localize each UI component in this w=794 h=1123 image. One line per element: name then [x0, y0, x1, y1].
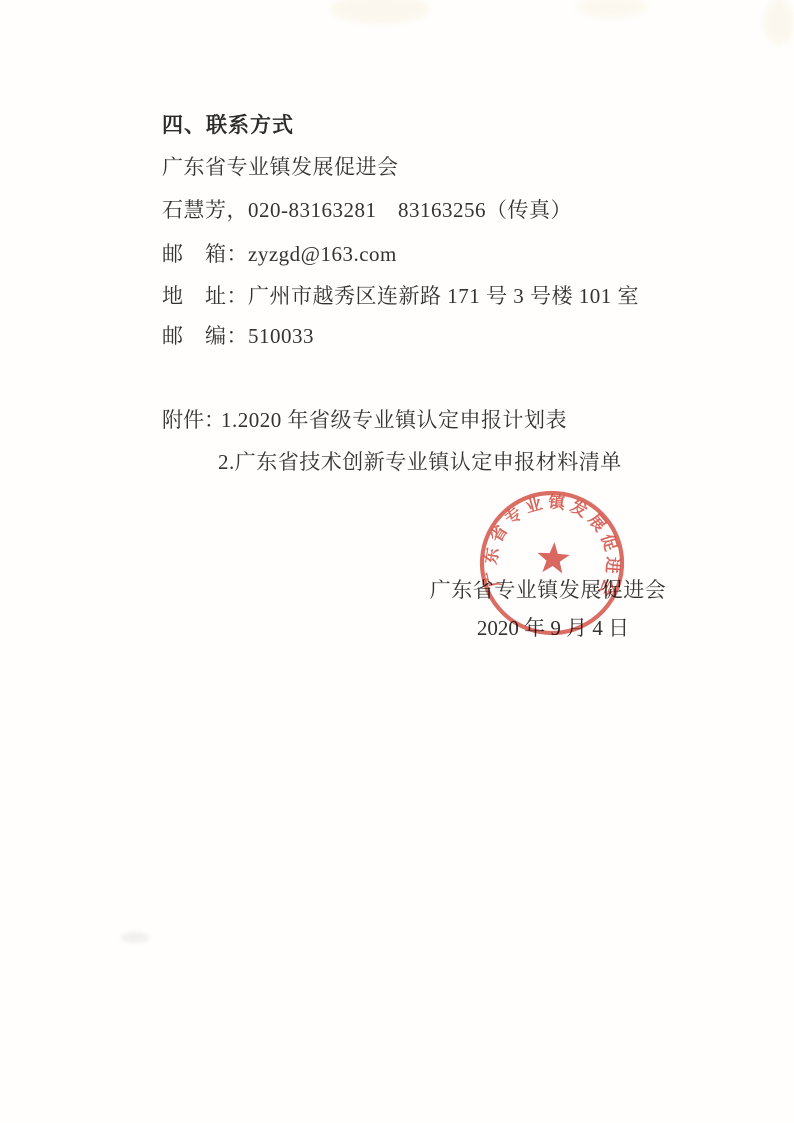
email-value: zyzgd@163.com: [248, 242, 397, 266]
scan-artifact: [121, 932, 149, 943]
contact-postcode-line: 邮 编：510033: [162, 320, 314, 350]
email-label: 邮 箱：: [162, 242, 248, 266]
contact-email-line: 邮 箱：zyzgd@163.com: [162, 238, 397, 268]
attachment-item: 1.2020 年省级专业镇认定申报计划表: [221, 404, 567, 434]
address-value: 广州市越秀区连新路 171 号 3 号楼 101 室: [248, 284, 639, 308]
section-heading: 四、联系方式: [162, 109, 294, 139]
scan-artifact: [576, 0, 648, 18]
postcode-label: 邮 编：: [162, 324, 248, 348]
contact-org-name: 广东省专业镇发展促进会: [162, 151, 399, 181]
attachment-item: 2.广东省技术创新专业镇认定申报材料清单: [218, 446, 622, 476]
document-page: 四、联系方式 广东省专业镇发展促进会 石慧芳，020-83163281 8316…: [0, 0, 794, 1123]
signature-date: 2020 年 9 月 4 日: [430, 612, 676, 642]
address-label: 地 址：: [162, 284, 248, 308]
contact-phone-line: 石慧芳，020-83163281 83163256（传真）: [162, 194, 572, 224]
contact-address-line: 地 址：广州市越秀区连新路 171 号 3 号楼 101 室: [162, 280, 639, 310]
seal-star-icon: [536, 541, 570, 574]
scan-artifact: [764, 0, 794, 46]
postcode-value: 510033: [248, 324, 314, 348]
scan-artifact: [330, 0, 430, 24]
attachments-label: 附件：: [162, 404, 225, 434]
signature-org-name: 广东省专业镇发展促进会: [428, 574, 668, 604]
